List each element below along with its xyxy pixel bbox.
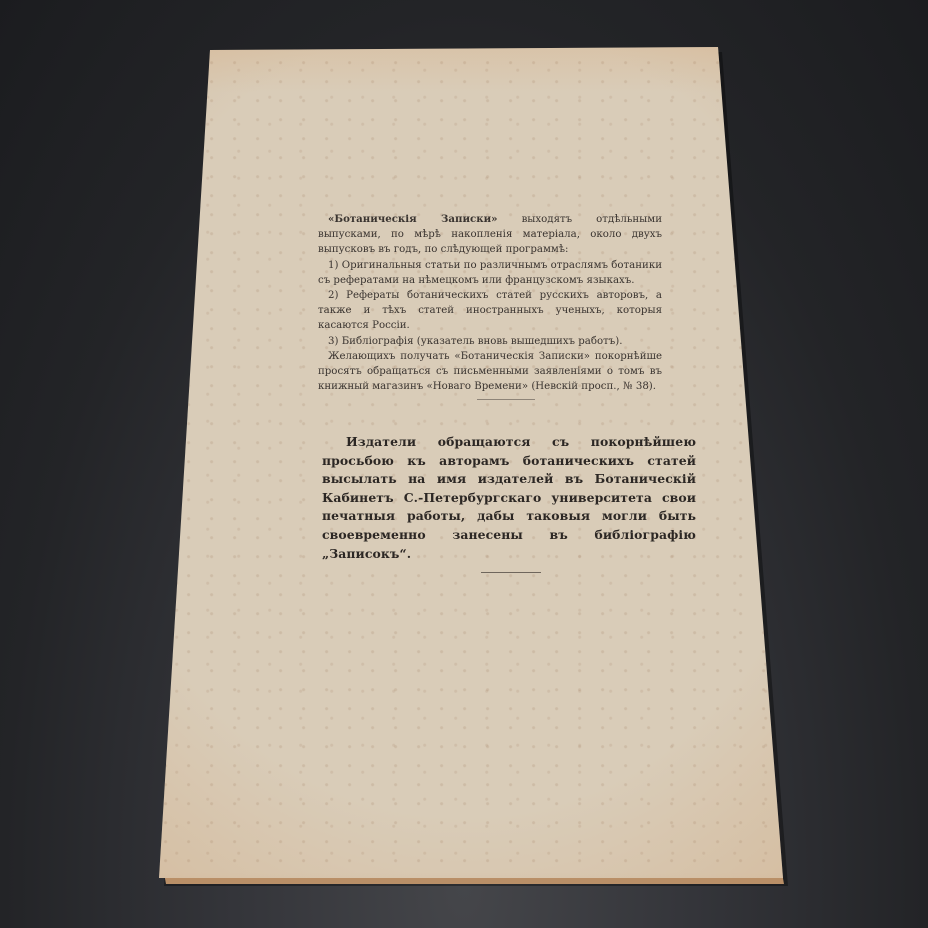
program-item-3: 3) Библіографія (указатель вновь вышедши… [318,334,662,349]
program-item-2: 2) Рефераты ботаническихъ статей русских… [318,288,662,334]
journal-title: «Ботаническія Записки» [328,213,498,225]
divider-rule [481,572,541,573]
subscription-info: Желающихъ получать «Ботаническія Записки… [318,349,662,395]
publishers-request-text: Издатели обращаются съ покорнѣйшею прось… [322,433,696,563]
photo-scene: «Ботаническія Записки» выходятъ отдѣльны… [0,0,928,928]
notice-intro: «Ботаническія Записки» выходятъ отдѣльны… [318,212,662,258]
divider-rule [477,399,535,400]
program-item-1: 1) Оригинальныя статьи по различнымъ отр… [318,258,662,288]
publishers-request: Издатели обращаются съ покорнѣйшею прось… [322,433,696,563]
journal-notice: «Ботаническія Записки» выходятъ отдѣльны… [318,212,662,394]
